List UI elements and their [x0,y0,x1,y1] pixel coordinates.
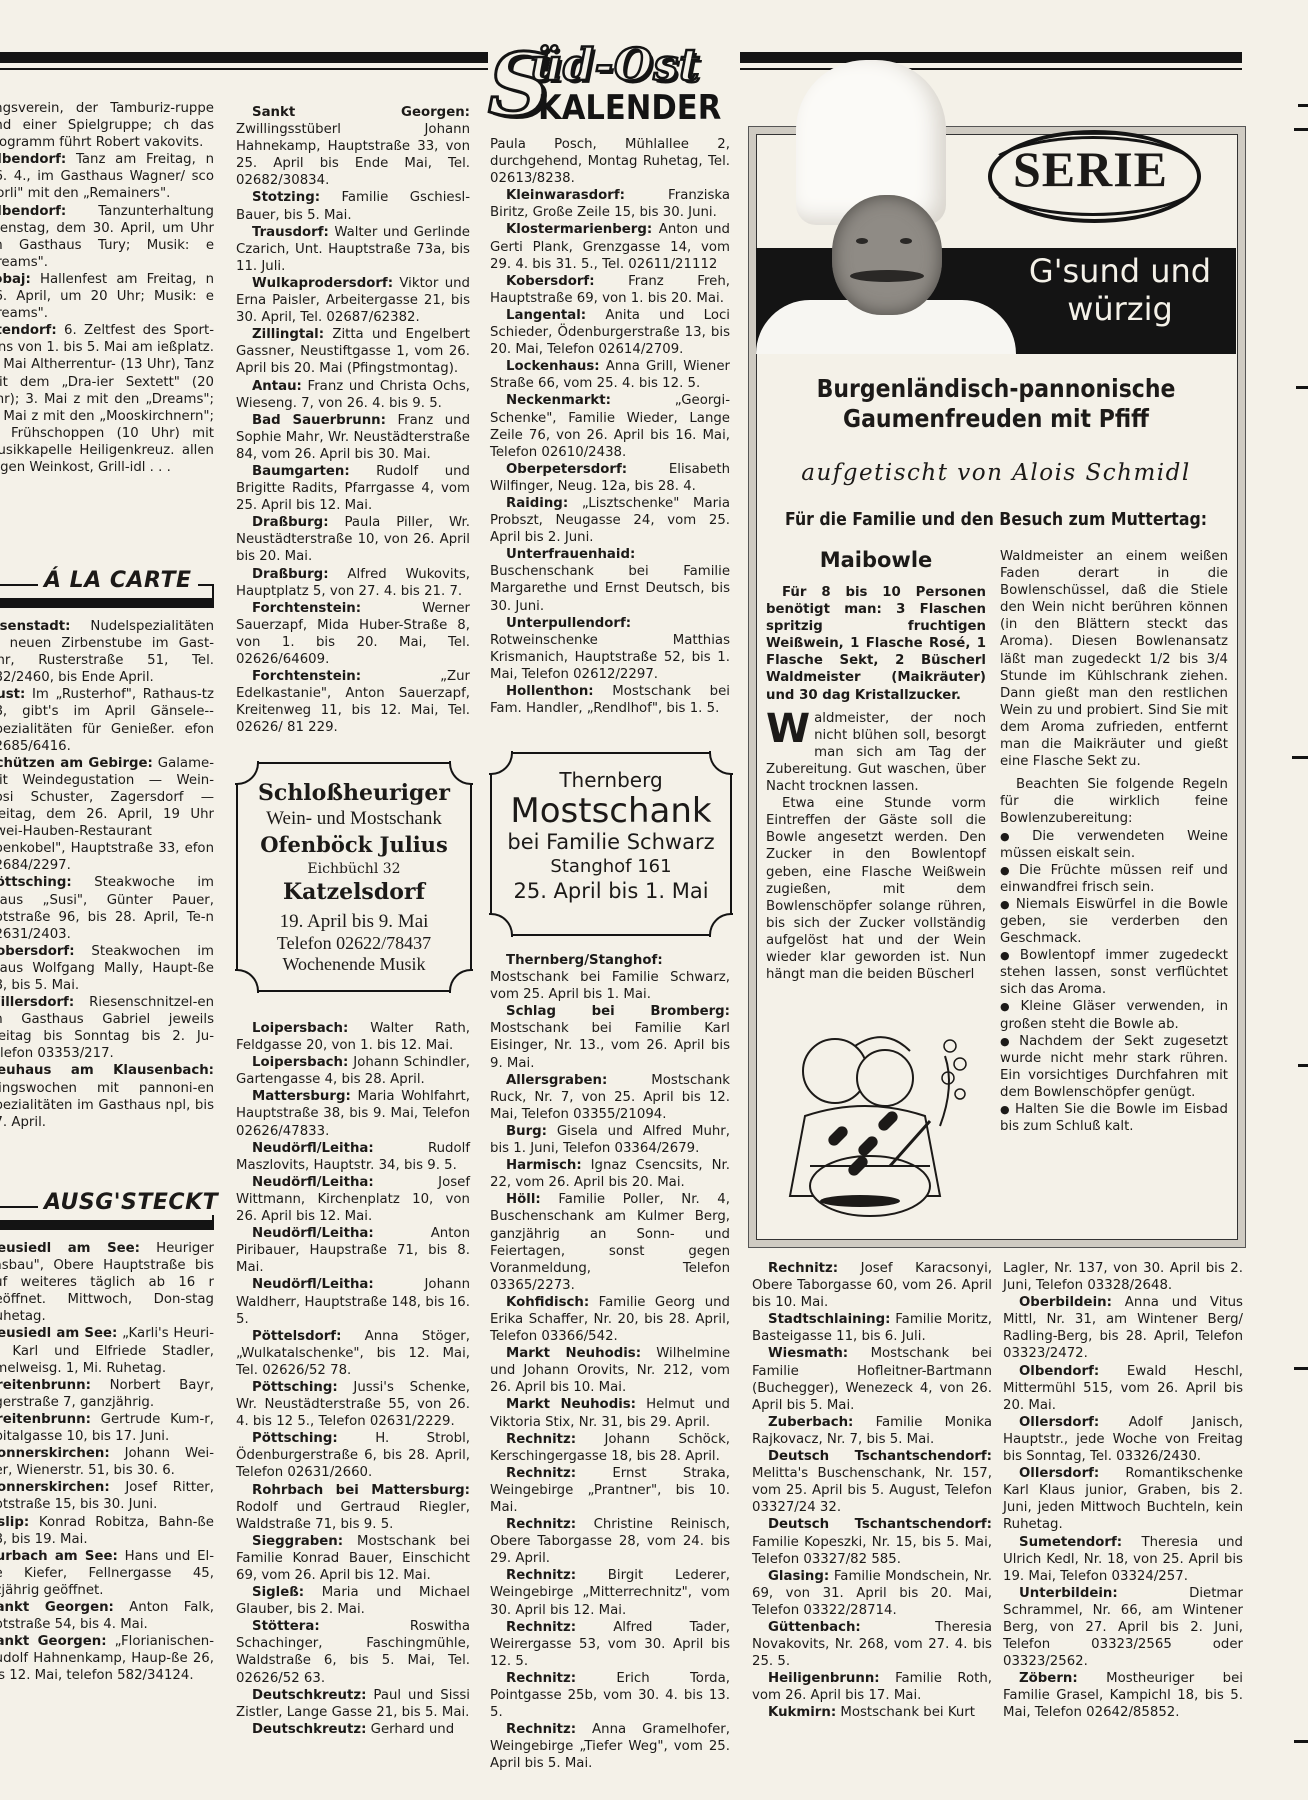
entry: Ollersdorf: Adolf Janisch, Hauptstr., je… [1003,1414,1243,1465]
entry: Willersdorf: Riesenschnitzel-en im Gasth… [0,994,214,1062]
entry: Mattersburg: Maria Wohlfahrt, Hauptstraß… [236,1088,470,1139]
entry: Güttenbach: Theresia Novakovits, Nr. 268… [752,1619,992,1670]
entry: Wiesmath: Mostschank bei Familie Hofleit… [752,1345,992,1413]
entry: Rohrbach bei Mattersburg: Rodolf und Ger… [236,1482,470,1533]
rule-item: Die Früchte müssen reif und einwandfrei … [1000,862,1228,896]
feature-column-left: Für 8 bis 10 Personen benötigt man: 3 Fl… [766,584,986,983]
ad-dates: 19. April bis 9. Mai [238,911,470,933]
header-rule-right-thin [740,68,1242,70]
entry: Zuberbach: Familie Monika Rajkovacz, Nr.… [752,1414,992,1448]
entry: Olbendorf: Tanz am Freitag, n 26. 4., im… [0,151,214,202]
entry: Kobersdorf: Franz Freh, Hauptstraße 69, … [490,273,730,307]
ad-owner: Ofenböck Julius [238,832,470,857]
entry: Donnerskirchen: Johann Wei-ger, Wienerst… [0,1445,214,1479]
entry: Rechnitz: Johann Schöck, Kerschingergass… [490,1431,730,1465]
entry: Schlag bei Bromberg: Mostschank bei Fami… [490,1003,730,1071]
entry: Olbendorf: Tanzunterhaltung Dienstag, de… [0,203,214,271]
feature-column-right: Waldmeister an einem weißen Faden derart… [1000,548,1228,1135]
entry: Rechnitz: Christine Reinisch, Obere Tabo… [490,1516,730,1567]
entry: Eisenstadt: Nudelspezialitäten er neuen … [0,618,214,686]
section-heading-label: Á LA CARTE [38,568,198,593]
ad-address: Eichbüchl 32 [238,861,470,877]
entry: Neuhaus am Klausenbach: hlingswochen mit… [0,1062,214,1130]
ad-schlossheuriger: Schloßheuriger Wein- und Mostschank Ofen… [236,762,472,992]
entry: Sieggraben: Mostschank bei Familie Konra… [236,1533,470,1584]
entry: Rechnitz: Erich Torda, Pointgasse 25b, v… [490,1670,730,1721]
scan-mark [1298,1064,1308,1067]
entry: Wulkaprodersdorf: Viktor und Erna Paisle… [236,275,470,326]
header-rule-left-thick [0,52,488,63]
entry: Rechnitz: Alfred Tader, Weirergasse 53, … [490,1619,730,1670]
entry: Hollenthon: Mostschank bei Fam. Handler,… [490,683,730,717]
entry: Kobersdorf: Steakwochen im thaus Wolfgan… [0,943,214,994]
entry: Schützen am Gebirge: Galame-mit Weindegu… [0,755,214,875]
section-heading-a-la-carte: Á LA CARTE [0,568,214,608]
recipe-title: Maibowle [760,548,992,572]
entry: Unterfrauenhaid: Buschenschank bei Famil… [490,546,730,614]
entry: Markt Neuhodis: Wilhelmine und Johann Or… [490,1345,730,1396]
entry: Neudörfl/Leitha: Anton Piribauer, Haupst… [236,1225,470,1276]
chef-eye [900,238,912,244]
column-3-top: Paula Posch, Mühlallee 2, durchgehend, M… [490,136,730,717]
rule-item: Niemals Eiswürfel in die Bowle geben, si… [1000,896,1228,947]
entry: Purbach am See: Hans und El-de Kiefer, F… [0,1548,214,1599]
feature-subhead: Für die Familie und den Besuch zum Mutte… [784,510,1209,530]
entry: Breitenbrunn: Norbert Bayr, ngerstraße 7… [0,1377,214,1411]
entry: Forchtenstein: „Zur Edelkastanie", Anton… [236,668,470,736]
entry: Oberbildein: Anna und Vitus Mittl, Nr. 3… [1003,1294,1243,1362]
ad-subtitle: bei Familie Schwarz [492,830,730,854]
entry: Harmisch: Ignaz Csencsits, Nr. 22, vom 2… [490,1157,730,1191]
scan-mark [1298,104,1308,107]
entry: Thernberg/Stanghof: Mostschank bei Famil… [490,952,730,1003]
ad-dates: 25. April bis 1. Mai [492,879,730,903]
ad-note: Wochenende Musik [238,954,470,975]
bowle-cartoon-illustration [760,1016,986,1228]
entry: Rechnitz: Anna Gramelhofer, Weingebirge … [490,1721,730,1772]
entry: Pöttsching: H. Strobl, Ödenburgerstraße … [236,1430,470,1481]
entry: Forchtenstein: Werner Sauerzapf, Mida Hu… [236,600,470,668]
recipe-paragraph: Waldmeister, der noch nicht blühen soll,… [766,710,986,795]
column-1-a-la-carte: Eisenstadt: Nudelspezialitäten er neuen … [0,618,214,1131]
column-2-bottom: Loipersbach: Walter Rath, Feldgasse 20, … [236,1020,470,1738]
entry: Sumetendorf: Theresia und Ulrich Kedl, N… [1003,1534,1243,1585]
masthead-script: üd-Ost [530,40,700,91]
entry: Unterbildein: Dietmar Schrammel, Nr. 66,… [1003,1585,1243,1670]
header-rule-right-thick [740,52,1242,63]
ad-phone: Telefon 02622/78437 [238,933,470,954]
entry: Rechnitz: Josef Karacsonyi, Obere Taborg… [752,1260,992,1311]
entry: Neusiedl am See: „Karli's Heuri-", Karl … [0,1325,214,1376]
entry: Kleinwarasdorf: Franziska Biritz, Große … [490,187,730,221]
chef-face [832,195,942,315]
entry: Oberpetersdorf: Elisabeth Wilfinger, Neu… [490,461,730,495]
entry: Baumgarten: Rudolf und Brigitte Radits, … [236,463,470,514]
chef-eye [856,238,868,244]
section-heading-ausgsteckt: AUSG'STECKT [0,1190,214,1230]
entry: Kohfidisch: Familie Georg und Erika Scha… [490,1294,730,1345]
entry: Sigleß: Maria und Michael Glauber, bis 2… [236,1584,470,1618]
entry: Olbendorf: Ewald Heschl, Mittermühl 515,… [1003,1363,1243,1414]
rule-item: Die verwendeten Weine müssen eiskalt sei… [1000,828,1228,862]
entry: Lockenhaus: Anna Grill, Wiener Straße 66… [490,358,730,392]
rule-item: Halten Sie die Bowle im Eisbad bis zum S… [1000,1101,1228,1135]
feature-byline: aufgetischt von Alois Schmidl [760,460,1232,486]
column-5: Lagler, Nr. 137, von 30. April bis 2. Ju… [1003,1260,1243,1722]
entry: Iltendorf: 6. Zeltfest des Sport-eins vo… [0,322,214,476]
entry: Loipersbach: Johann Schindler, Gartengas… [236,1054,470,1088]
entry: Sankt Georgen: Anton Falk, uptstraße 54,… [0,1599,214,1633]
ad-address: Stanghof 161 [492,856,730,877]
entry: Neudörfl/Leitha: Johann Waldherr, Haupts… [236,1276,470,1327]
entry: Deutschkreutz: Gerhard und [236,1721,470,1738]
rule-item: Bowlentopf immer zugedeckt stehen lassen… [1000,947,1228,998]
entry: Allersgraben: Mostschank Ruck, Nr. 7, vo… [490,1072,730,1123]
recipe-paragraph: Beachten Sie folgende Regeln für die wir… [1000,776,1228,827]
entry: Neusiedl am See: Heuriger chsbau", Obere… [0,1240,214,1325]
entry: Raiding: „Lisztschenke" Maria Probszt, N… [490,495,730,546]
column-2-top: Sankt Georgen: Zwillingsstüberl Johann H… [236,104,470,736]
entry: Rust: Im „Rusterhof", Rathaus-tz 18, gib… [0,686,214,754]
entry: Pöttsching: Steakwoche im thaus „Susi", … [0,874,214,942]
entry: Donnerskirchen: Josef Ritter, uptstraße … [0,1479,214,1513]
recipe-paragraph: Etwa eine Stunde vorm Eintreffen der Gäs… [766,795,986,983]
entry: Zöbern: Mostheuriger bei Familie Grasel,… [1003,1670,1243,1721]
entry: Sankt Georgen: Zwillingsstüberl Johann H… [236,104,470,189]
entry: Tobaj: Hallenfest am Freitag, n 26. Apri… [0,271,214,322]
rule-item: Nachdem der Sekt zugesetzt wurde nicht m… [1000,1033,1228,1101]
entry: Pöttelsdorf: Anna Stöger, „Wulkatalschen… [236,1328,470,1379]
entry: Breitenbrunn: Gertrude Kum-r, Spitalgass… [0,1411,214,1445]
entry: Ollersdorf: Romantikschenke Karl Klaus j… [1003,1465,1243,1533]
scan-mark [1294,1367,1308,1370]
entry: Deutsch Tschantschendorf: Melitta's Busc… [752,1448,992,1516]
entry: Draßburg: Paula Piller, Wr. Neustädterst… [236,514,470,565]
entry: Bad Sauerbrunn: Franz und Sophie Mahr, W… [236,412,470,463]
ad-title: Mostschank [492,792,730,830]
entry: Neudörfl/Leitha: Rudolf Maszlovits, Haup… [236,1140,470,1174]
masthead-logo: S üd-Ost KALENDER [488,44,738,128]
entry: Deutschkreutz: Paul und Sissi Zistler, L… [236,1687,470,1721]
ad-town: Katzelsdorf [238,879,470,905]
header-rule-left-thin [0,68,488,70]
entry: Deutsch Tschantschendorf: Familie Kopesz… [752,1516,992,1567]
chef-mustache [850,270,924,282]
entry-continuation: Paula Posch, Mühlallee 2, durchgehend, M… [490,136,730,187]
scan-mark [1292,756,1308,759]
entry: Neudörfl/Leitha: Josef Wittmann, Kirchen… [236,1174,470,1225]
entry: Heiligenbrunn: Familie Roth, vom 26. Apr… [752,1670,992,1704]
dropcap: W [766,712,810,746]
entry: Neckenmarkt: „Georgi-Schenke", Familie W… [490,392,730,460]
feature-headline: Burgenländisch-pannonische Gaumenfreuden… [788,374,1203,434]
entry: Klostermarienberg: Anton und Gerti Plank… [490,221,730,272]
entry: Rechnitz: Birgit Lederer, Weingebirge „M… [490,1567,730,1618]
entry: angsverein, der Tamburiz-ruppe und einer… [0,100,214,151]
column-3-bottom: Thernberg/Stanghof: Mostschank bei Famil… [490,952,730,1773]
entry: Markt Neuhodis: Helmut und Viktoria Stix… [490,1396,730,1430]
rule-item: Kleine Gläser verwenden, in großen steht… [1000,998,1228,1032]
column-1-ausgsteckt: Neusiedl am See: Heuriger chsbau", Obere… [0,1240,214,1684]
serie-badge: SERIE [988,140,1193,198]
entry: Trausdorf: Walter und Gerlinde Czarich, … [236,224,470,275]
entry: Pöttsching: Jussi's Schenke, Wr. Neustäd… [236,1379,470,1430]
entry: Draßburg: Alfred Wukovits, Hauptplatz 5,… [236,566,470,600]
entry-continuation: Lagler, Nr. 137, von 30. April bis 2. Ju… [1003,1260,1243,1294]
series-title: G'sund und würzig [1020,252,1220,328]
entry: Sankt Georgen: „Florianischen- Rudolf Ha… [0,1633,214,1684]
column-1-intro: angsverein, der Tamburiz-ruppe und einer… [0,100,214,476]
entry: Höll: Familie Poller, Nr. 4, Buschenscha… [490,1191,730,1294]
ad-town: Thernberg [492,768,730,792]
entry: Zillingtal: Zitta und Engelbert Gassner,… [236,326,470,377]
entry: Loipersbach: Walter Rath, Feldgasse 20, … [236,1020,470,1054]
section-heading-label: AUSG'STECKT [38,1190,224,1215]
entry: Rechnitz: Ernst Straka, Weingebirge „Pra… [490,1465,730,1516]
entry: Oslip: Konrad Robitza, Bahn-ße 18, bis 1… [0,1514,214,1548]
entry: Unterpullendorf: Rotweinschenke Matthias… [490,615,730,683]
recipe-paragraph: Waldmeister an einem weißen Faden derart… [1000,548,1228,770]
scan-mark [1296,386,1308,389]
ad-title: Schloßheuriger [238,780,470,806]
entry: Antau: Franz und Christa Ochs, Wieseng. … [236,378,470,412]
ad-thernberg-mostschank: Thernberg Mostschank bei Familie Schwarz… [490,752,732,936]
entry: Stöttera: Roswitha Schachinger, Fasching… [236,1618,470,1686]
entry: Burg: Gisela und Alfred Muhr, bis 1. Jun… [490,1123,730,1157]
entry: Kukmirn: Mostschank bei Kurt [752,1704,992,1721]
scan-mark [1294,128,1308,131]
ad-subtitle: Wein- und Mostschank [238,808,470,830]
recipe-ingredients: Für 8 bis 10 Personen benötigt man: 3 Fl… [766,584,986,704]
entry: Stadtschlaining: Familie Moritz, Basteig… [752,1311,992,1345]
entry: Glasing: Familie Mondschein, Nr. 69, von… [752,1568,992,1619]
column-4: Rechnitz: Josef Karacsonyi, Obere Taborg… [752,1260,992,1722]
entry: Langental: Anita und Loci Schieder, Öden… [490,307,730,358]
masthead-title: KALENDER [538,88,721,128]
entry: Stotzing: Familie Gschiesl-Bauer, bis 5.… [236,189,470,223]
scan-mark [1294,1740,1308,1743]
